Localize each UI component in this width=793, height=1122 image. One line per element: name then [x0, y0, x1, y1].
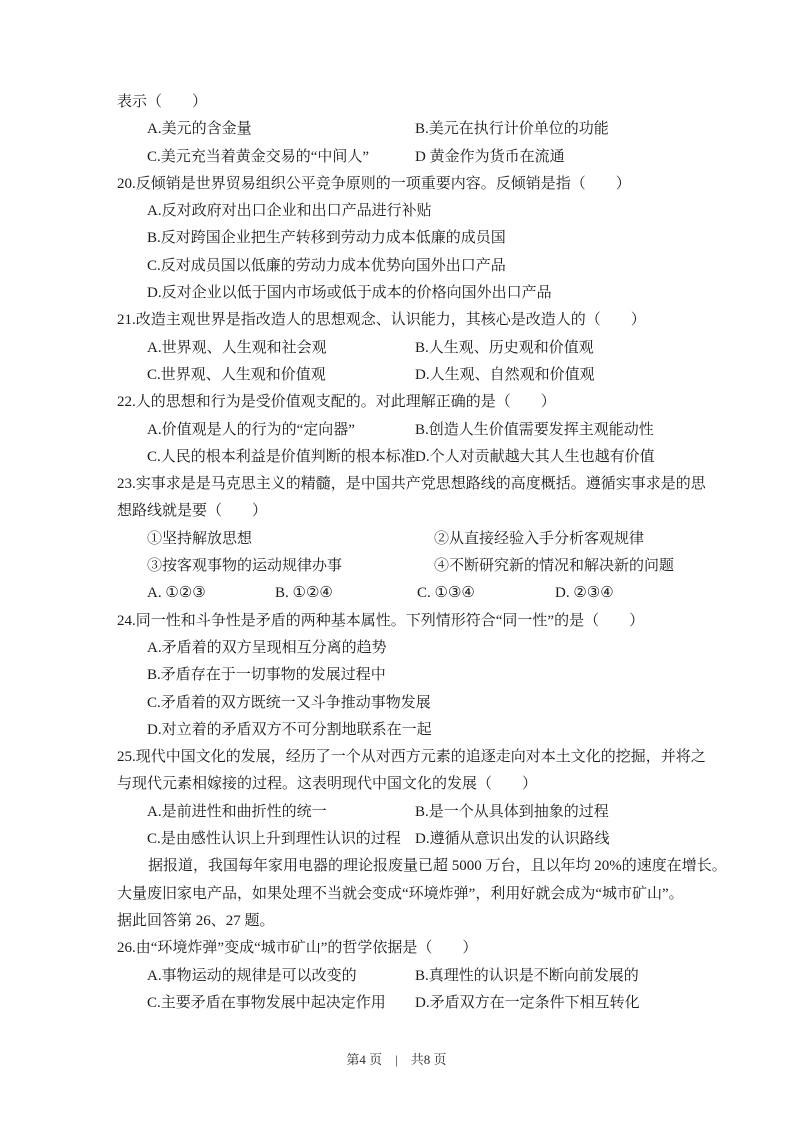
q23-answer-b: B. ①②④ — [275, 580, 417, 607]
q23-answer-row: A. ①②③ B. ①②④ C. ①③④ D. ②③④ — [117, 580, 717, 607]
passage-line-2: 大量废旧家电产品，如果处理不当就会变成“环境炸弹”，利用好就会成为“城市矿山”。 — [117, 881, 717, 908]
q20-option-b: B.反对跨国企业把生产转移到劳动力成本低廉的成员国 — [117, 225, 717, 252]
q20-option-a: A.反对政府对出口企业和出口产品进行补贴 — [117, 198, 717, 225]
q26-option-c: C.主要矛盾在事物发展中起决定作用 — [147, 990, 415, 1017]
q22-option-c: C.人民的根本利益是价值判断的根本标准 — [147, 444, 415, 471]
q21-stem: 21.改造主观世界是指改造人的思想观念、认识能力，其核心是改造人的（ ） — [117, 307, 717, 334]
q25-stem-line2: 与现代元素相嫁接的过程。这表明现代中国文化的发展（ ） — [117, 771, 717, 798]
q20-stem: 20.反倾销是世界贸易组织公平竞争原则的一项重要内容。反倾销是指（ ） — [117, 171, 717, 198]
q25-option-c: C.是由感性认识上升到理性认识的过程 — [147, 826, 415, 853]
page-footer: 第4 页|共8 页 — [0, 1050, 793, 1070]
q19-option-row-cd: C.美元充当着黄金交易的“中间人” D 黄金作为货币在流通 — [117, 144, 717, 171]
q21-option-b: B.人生观、历史观和价值观 — [415, 335, 594, 362]
q23-answer-d: D. ②③④ — [555, 580, 614, 607]
q23-item-row-34: ③按客观事物的运动规律办事 ④不断研究新的情况和解决新的问题 — [117, 553, 717, 580]
footer-current-page: 第4 页 — [346, 1052, 382, 1067]
q23-item-1: ①坚持解放思想 — [147, 526, 434, 553]
q24-stem: 24.同一性和斗争性是矛盾的两种基本属性。下列情形符合“同一性”的是（ ） — [117, 608, 717, 635]
q19-option-row-ab: A.美元的含金量 B.美元在执行计价单位的功能 — [117, 116, 717, 143]
q23-item-row-12: ①坚持解放思想 ②从直接经验入手分析客观规律 — [117, 526, 717, 553]
q22-option-b: B.创造人生价值需要发挥主观能动性 — [415, 417, 654, 444]
q19-option-d: D 黄金作为货币在流通 — [415, 144, 565, 171]
q21-option-row-cd: C.世界观、人生观和价值观 D.人生观、自然观和价值观 — [117, 362, 717, 389]
q20-option-c: C.反对成员国以低廉的劳动力成本优势向国外出口产品 — [117, 253, 717, 280]
exam-content: 表示（ ） A.美元的含金量 B.美元在执行计价单位的功能 C.美元充当着黄金交… — [117, 89, 717, 1017]
q23-answer-c: C. ①③④ — [417, 580, 555, 607]
q21-option-d: D.人生观、自然观和价值观 — [415, 362, 595, 389]
q21-option-a: A.世界观、人生观和社会观 — [147, 335, 415, 362]
q23-item-3: ③按客观事物的运动规律办事 — [147, 553, 434, 580]
footer-separator: | — [395, 1050, 398, 1070]
q22-stem: 22.人的思想和行为是受价值观支配的。对此理解正确的是（ ） — [117, 389, 717, 416]
q26-stem: 26.由“环境炸弹”变成“城市矿山”的哲学依据是（ ） — [117, 935, 717, 962]
q23-item-2: ②从直接经验入手分析客观规律 — [434, 526, 644, 553]
q25-stem-line1: 25.现代中国文化的发展，经历了一个从对西方元素的追逐走向对本土文化的挖掘，并将… — [117, 744, 717, 771]
q23-stem-line2: 想路线就是要（ ） — [117, 498, 717, 525]
passage-line-3: 据此回答第 26、27 题。 — [117, 908, 717, 935]
q19-stem: 表示（ ） — [117, 89, 717, 116]
q24-option-b: B.矛盾存在于一切事物的发展过程中 — [117, 662, 717, 689]
q23-item-4: ④不断研究新的情况和解决新的问题 — [434, 553, 674, 580]
q19-option-c: C.美元充当着黄金交易的“中间人” — [147, 144, 415, 171]
footer-total-pages: 共8 页 — [411, 1052, 447, 1067]
q22-option-d: D.个人对贡献越大其人生也越有价值 — [415, 444, 655, 471]
q20-option-d: D.反对企业以低于国内市场或低于成本的价格向国外出口产品 — [117, 280, 717, 307]
q25-option-d: D.遵循从意识出发的认识路线 — [415, 826, 610, 853]
q22-option-row-ab: A.价值观是人的行为的“定向器” B.创造人生价值需要发挥主观能动性 — [117, 417, 717, 444]
q26-option-a: A.事物运动的规律是可以改变的 — [147, 963, 415, 990]
exam-document-page: 表示（ ） A.美元的含金量 B.美元在执行计价单位的功能 C.美元充当着黄金交… — [0, 0, 793, 1122]
q26-option-b: B.真理性的认识是不断向前发展的 — [415, 963, 639, 990]
q24-option-c: C.矛盾着的双方既统一又斗争推动事物发展 — [117, 690, 717, 717]
q25-option-row-ab: A.是前进性和曲折性的统一 B.是一个从具体到抽象的过程 — [117, 799, 717, 826]
q22-option-row-cd: C.人民的根本利益是价值判断的根本标准 D.个人对贡献越大其人生也越有价值 — [117, 444, 717, 471]
q19-option-b: B.美元在执行计价单位的功能 — [415, 116, 609, 143]
q21-option-row-ab: A.世界观、人生观和社会观 B.人生观、历史观和价值观 — [117, 335, 717, 362]
q25-option-a: A.是前进性和曲折性的统一 — [147, 799, 415, 826]
q26-option-d: D.矛盾双方在一定条件下相互转化 — [415, 990, 640, 1017]
q19-option-a: A.美元的含金量 — [147, 116, 415, 143]
q24-option-d: D.对立着的矛盾双方不可分割地联系在一起 — [117, 717, 717, 744]
q22-option-a: A.价值观是人的行为的“定向器” — [147, 417, 415, 444]
q23-stem-line1: 23.实事求是是马克思主义的精髓，是中国共产党思想路线的高度概括。遵循实事求是的… — [117, 471, 717, 498]
q25-option-row-cd: C.是由感性认识上升到理性认识的过程 D.遵循从意识出发的认识路线 — [117, 826, 717, 853]
q26-option-row-ab: A.事物运动的规律是可以改变的 B.真理性的认识是不断向前发展的 — [117, 963, 717, 990]
passage-line-1: 据报道，我国每年家用电器的理论报废量已超 5000 万台，且以年均 20%的速度… — [117, 853, 717, 880]
q23-answer-a: A. ①②③ — [147, 580, 275, 607]
q21-option-c: C.世界观、人生观和价值观 — [147, 362, 415, 389]
q24-option-a: A.矛盾着的双方呈现相互分离的趋势 — [117, 635, 717, 662]
q26-option-row-cd: C.主要矛盾在事物发展中起决定作用 D.矛盾双方在一定条件下相互转化 — [117, 990, 717, 1017]
q25-option-b: B.是一个从具体到抽象的过程 — [415, 799, 609, 826]
